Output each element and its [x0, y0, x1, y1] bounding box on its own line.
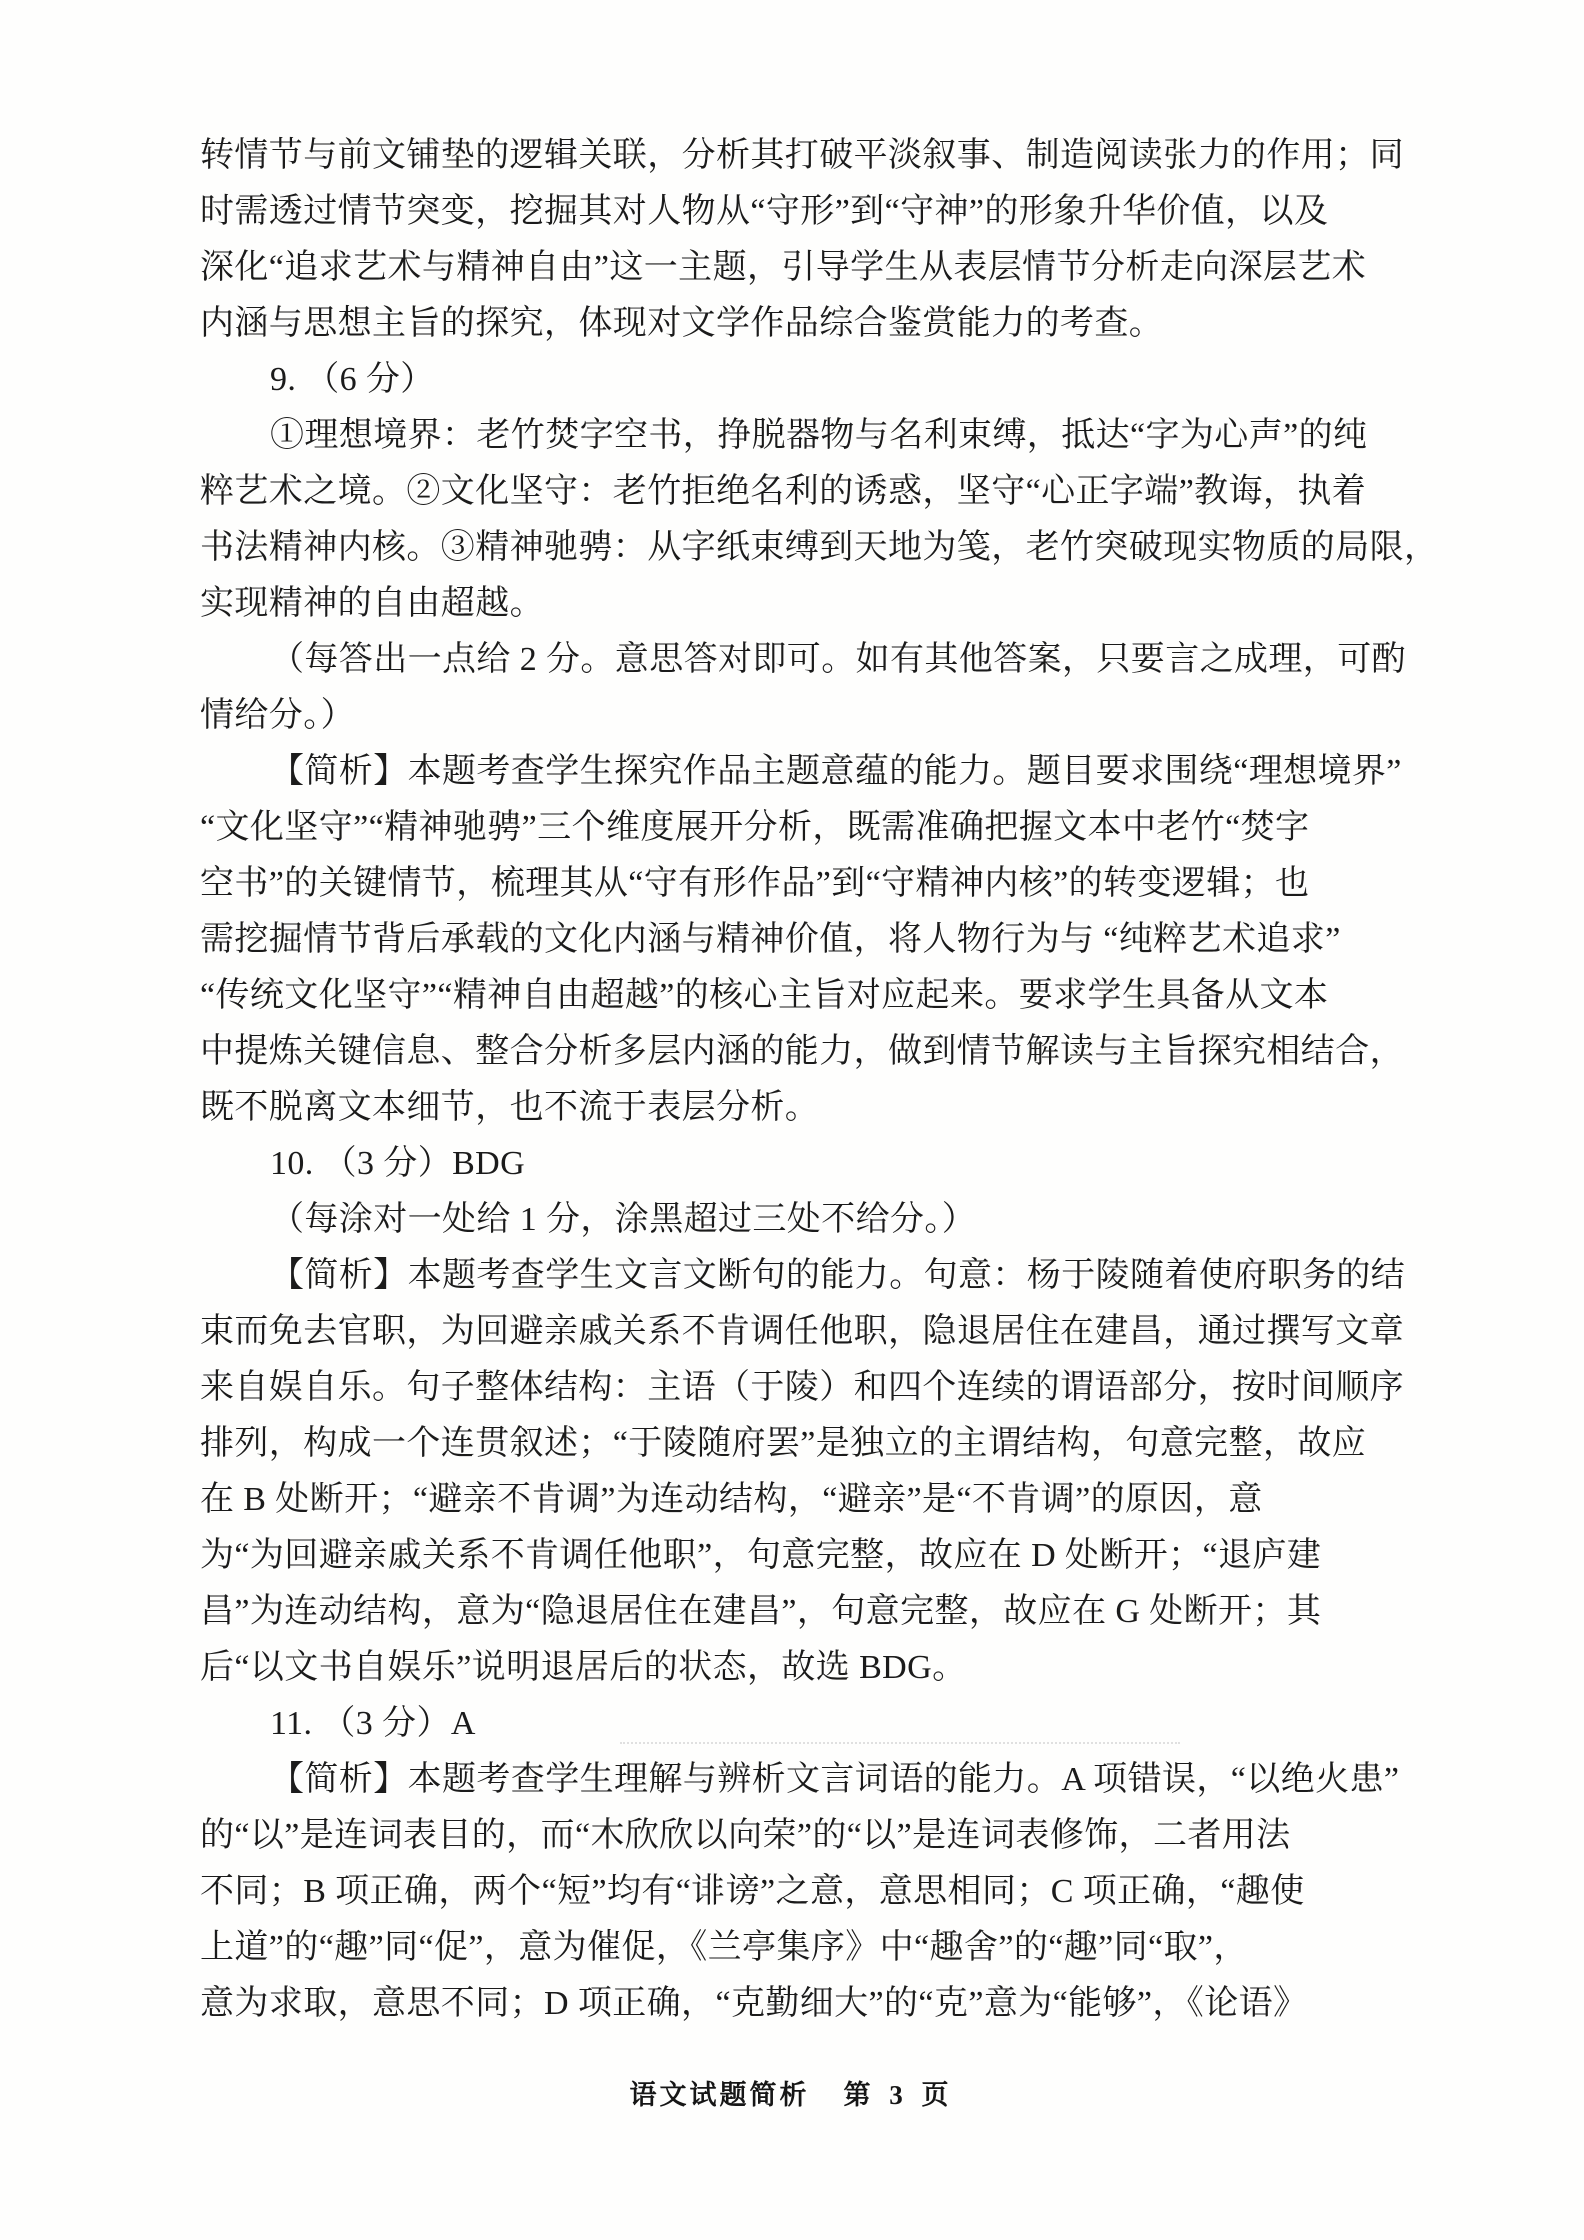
text-line: 后“以文书自娱乐”说明退居后的状态，故选 BDG。 — [200, 1640, 1406, 1696]
document-page: 转情节与前文铺垫的逻辑关联，分析其打破平淡叙事、制造阅读张力的作用；同时需透过情… — [0, 0, 1584, 2240]
text-line: 9. （6 分） — [200, 352, 1406, 408]
text-line: 【简析】本题考查学生探究作品主题意蕴的能力。题目要求围绕“理想境界” — [200, 744, 1406, 800]
text-line: 内涵与思想主旨的探究，体现对文学作品综合鉴赏能力的考查。 — [200, 296, 1406, 352]
text-line: “传统文化坚守”“精神自由超越”的核心主旨对应起来。要求学生具备从文本 — [200, 968, 1406, 1024]
text-line: 束而免去官职，为回避亲戚关系不肯调任他职，隐退居住在建昌，通过撰写文章 — [200, 1304, 1406, 1360]
text-line: 不同；B 项正确，两个“短”均有“诽谤”之意，意思相同；C 项正确，“趣使 — [200, 1864, 1406, 1920]
text-line: 排列，构成一个连贯叙述；“于陵随府罢”是独立的主谓结构，句意完整，故应 — [200, 1416, 1406, 1472]
text-line: （每答出一点给 2 分。意思答对即可。如有其他答案，只要言之成理，可酌 — [200, 632, 1406, 688]
document-body: 转情节与前文铺垫的逻辑关联，分析其打破平淡叙事、制造阅读张力的作用；同时需透过情… — [200, 128, 1406, 2032]
text-line: 书法精神内核。③精神驰骋：从字纸束缚到天地为笺，老竹突破现实物质的局限， — [200, 520, 1406, 576]
text-line: 时需透过情节突变，挖掘其对人物从“守形”到“守神”的形象升华价值，以及 — [200, 184, 1406, 240]
text-line: “文化坚守”“精神驰骋”三个维度展开分析，既需准确把握文本中老竹“焚字 — [200, 800, 1406, 856]
text-line: 既不脱离文本细节，也不流于表层分析。 — [200, 1080, 1406, 1136]
text-line: 昌”为连动结构，意为“隐退居住在建昌”，句意完整，故应在 G 处断开；其 — [200, 1584, 1406, 1640]
text-line: 在 B 处断开；“避亲不肯调”为连动结构，“避亲”是“不肯调”的原因，意 — [200, 1472, 1406, 1528]
text-line: 来自娱自乐。句子整体结构：主语（于陵）和四个连续的谓语部分，按时间顺序 — [200, 1360, 1406, 1416]
text-line: 空书”的关键情节，梳理其从“守有形作品”到“守精神内核”的转变逻辑；也 — [200, 856, 1406, 912]
text-line: 【简析】本题考查学生理解与辨析文言词语的能力。A 项错误，“以绝火患” — [200, 1752, 1406, 1808]
text-line: 意为求取，意思不同；D 项正确，“克勤细大”的“克”意为“能够”，《论语》 — [200, 1976, 1406, 2032]
footer-page-number: 第 3 页 — [844, 2080, 955, 2110]
text-line: 上道”的“趣”同“促”，意为催促，《兰亭集序》中“趣舍”的“趣”同“取”， — [200, 1920, 1406, 1976]
text-line: 10. （3 分）BDG — [200, 1136, 1406, 1192]
text-line: 为“为回避亲戚关系不肯调任他职”，句意完整，故应在 D 处断开；“退庐建 — [200, 1528, 1406, 1584]
text-line: 的“以”是连词表目的，而“木欣欣以向荣”的“以”是连词表修饰，二者用法 — [200, 1808, 1406, 1864]
footer-doc-title: 语文试题简析 — [630, 2080, 810, 2110]
scan-artifact — [620, 1742, 1180, 1744]
text-line: （每涂对一处给 1 分，涂黑超过三处不给分。） — [200, 1192, 1406, 1248]
text-line: 【简析】本题考查学生文言文断句的能力。句意：杨于陵随着使府职务的结 — [200, 1248, 1406, 1304]
text-line: 情给分。） — [200, 688, 1406, 744]
text-line: 转情节与前文铺垫的逻辑关联，分析其打破平淡叙事、制造阅读张力的作用；同 — [200, 128, 1406, 184]
text-line: 深化“追求艺术与精神自由”这一主题，引导学生从表层情节分析走向深层艺术 — [200, 240, 1406, 296]
text-line: 实现精神的自由超越。 — [200, 576, 1406, 632]
page-footer: 语文试题简析第 3 页 — [0, 2078, 1584, 2112]
text-line: 粹艺术之境。②文化坚守：老竹拒绝名利的诱惑，坚守“心正字端”教诲，执着 — [200, 464, 1406, 520]
text-line: ①理想境界：老竹焚字空书，挣脱器物与名利束缚，抵达“字为心声”的纯 — [200, 408, 1406, 464]
text-line: 中提炼关键信息、整合分析多层内涵的能力，做到情节解读与主旨探究相结合， — [200, 1024, 1406, 1080]
text-line: 需挖掘情节背后承载的文化内涵与精神价值，将人物行为与 “纯粹艺术追求” — [200, 912, 1406, 968]
